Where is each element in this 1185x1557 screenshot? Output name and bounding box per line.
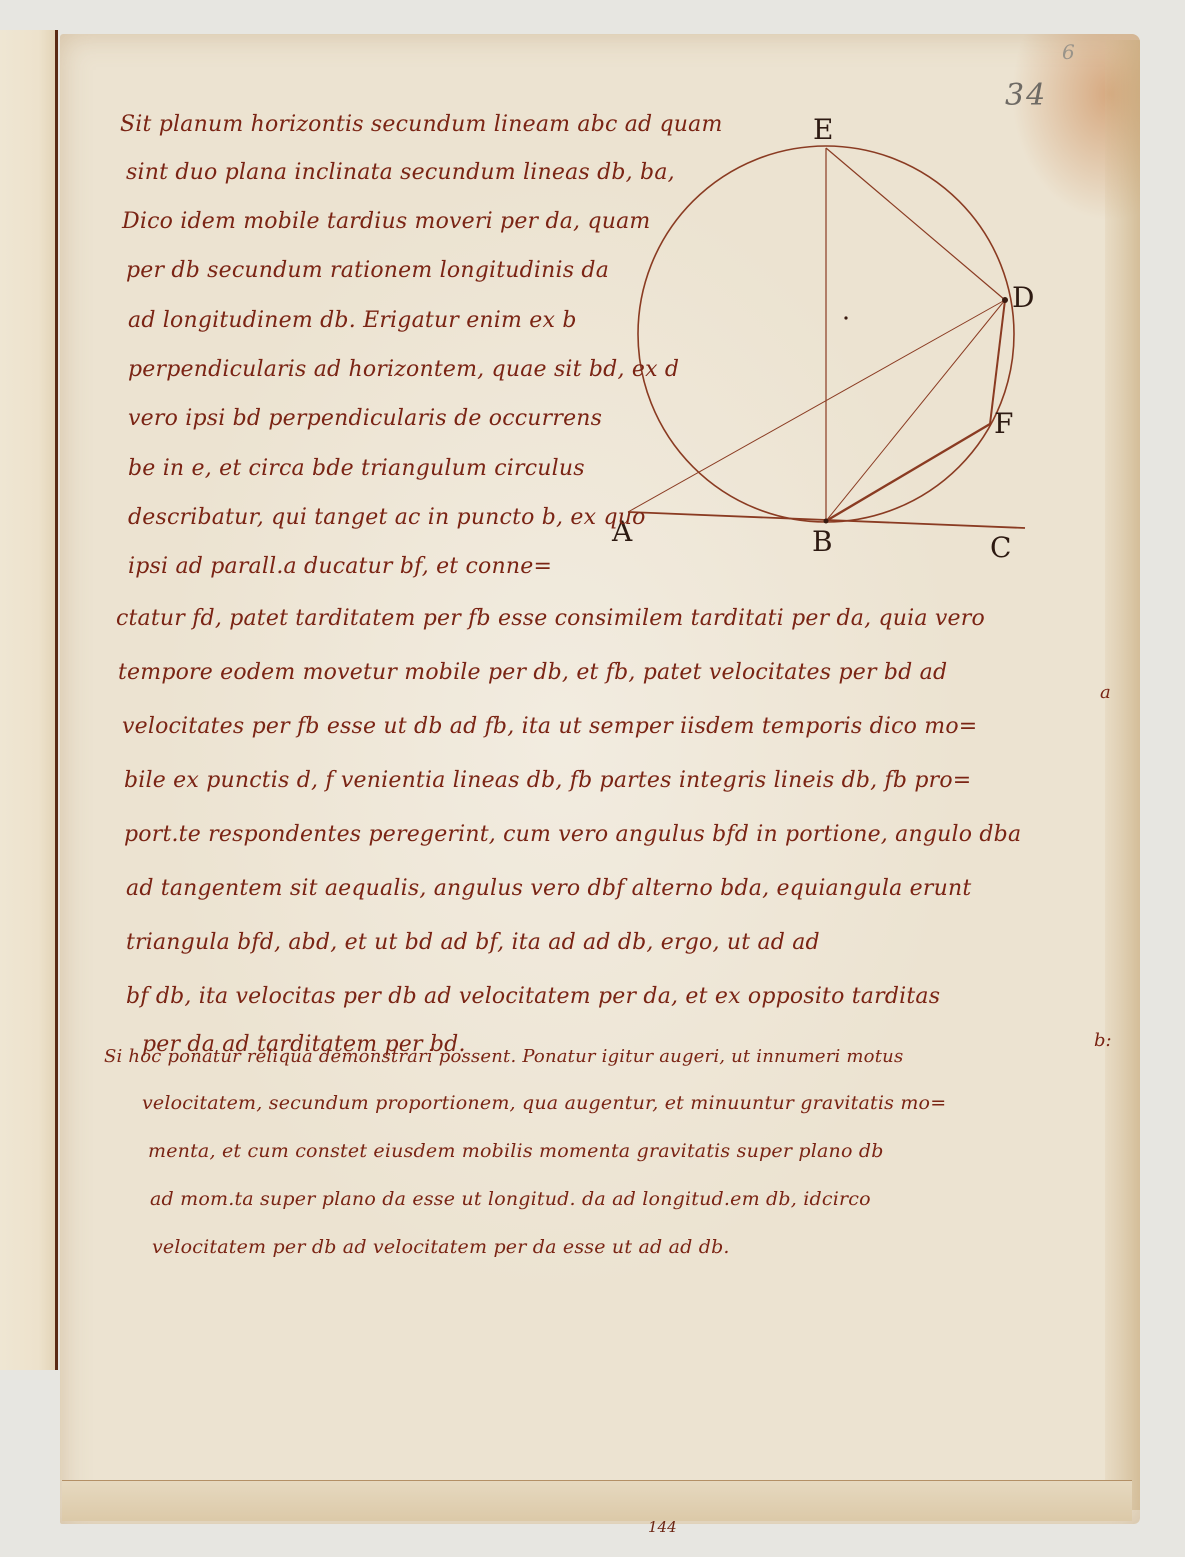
label-E: E	[813, 113, 833, 146]
text-line: per db secundum rationem longitudinis da	[126, 258, 609, 283]
text-line: menta, et cum constet eiusdem mobilis mo…	[148, 1140, 884, 1162]
segment-BF	[826, 424, 990, 521]
label-D: D	[1012, 281, 1034, 314]
text-line: sint duo plana inclinata secundum lineas…	[126, 160, 675, 185]
text-line: Dico idem mobile tardius moveri per da, …	[122, 209, 650, 234]
label-B: B	[812, 525, 833, 558]
label-F: F	[994, 407, 1013, 440]
text-line: ad mom.ta super plano da esse ut longitu…	[150, 1188, 871, 1210]
text-line: Si hoc ponatur reliqua demonstrari posse…	[104, 1046, 903, 1067]
text-line: ad longitudinem db. Erigatur enim ex b	[128, 308, 577, 333]
margin-mark: a	[1100, 682, 1111, 703]
point-B	[824, 519, 829, 524]
text-line: ctatur fd, patet tarditatem per fb esse …	[116, 606, 985, 631]
point-D	[1002, 297, 1008, 303]
bottom-mark: 144	[648, 1518, 677, 1536]
text-line: Sit planum horizontis secundum lineam ab…	[120, 112, 723, 137]
segment-DF	[990, 300, 1005, 424]
text-line: triangula bfd, abd, et ut bd ad bf, ita …	[126, 930, 820, 955]
text-line: velocitates per fb esse ut db ad fb, ita…	[122, 714, 977, 739]
margin-mark: b:	[1094, 1030, 1112, 1051]
text-line: velocitatem per db ad velocitatem per da…	[152, 1236, 730, 1258]
text-line: velocitatem, secundum proportionem, qua …	[142, 1092, 946, 1114]
text-line: ipsi ad parall.a ducatur bf, et conne=	[128, 554, 552, 579]
text-line: bf db, ita velocitas per db ad velocitat…	[126, 984, 940, 1009]
text-line: perpendicularis ad horizontem, quae sit …	[128, 357, 679, 382]
text-line: be in e, et circa bde triangulum circulu…	[128, 456, 585, 481]
label-C: C	[990, 531, 1011, 564]
circle-center-dot	[844, 316, 847, 319]
text-line: ad tangentem sit aequalis, angulus vero …	[126, 876, 971, 901]
text-line: vero ipsi bd perpendicularis de occurren…	[128, 406, 602, 431]
text-line: port.te respondentes peregerint, cum ver…	[124, 822, 1021, 847]
text-line: tempore eodem movetur mobile per db, et …	[118, 660, 947, 685]
text-line: bile ex punctis d, f venientia lineas db…	[124, 768, 971, 793]
text-line: describatur, qui tanget ac in puncto b, …	[128, 505, 646, 530]
segment-AD	[628, 300, 1005, 512]
segment-BD	[826, 300, 1005, 521]
